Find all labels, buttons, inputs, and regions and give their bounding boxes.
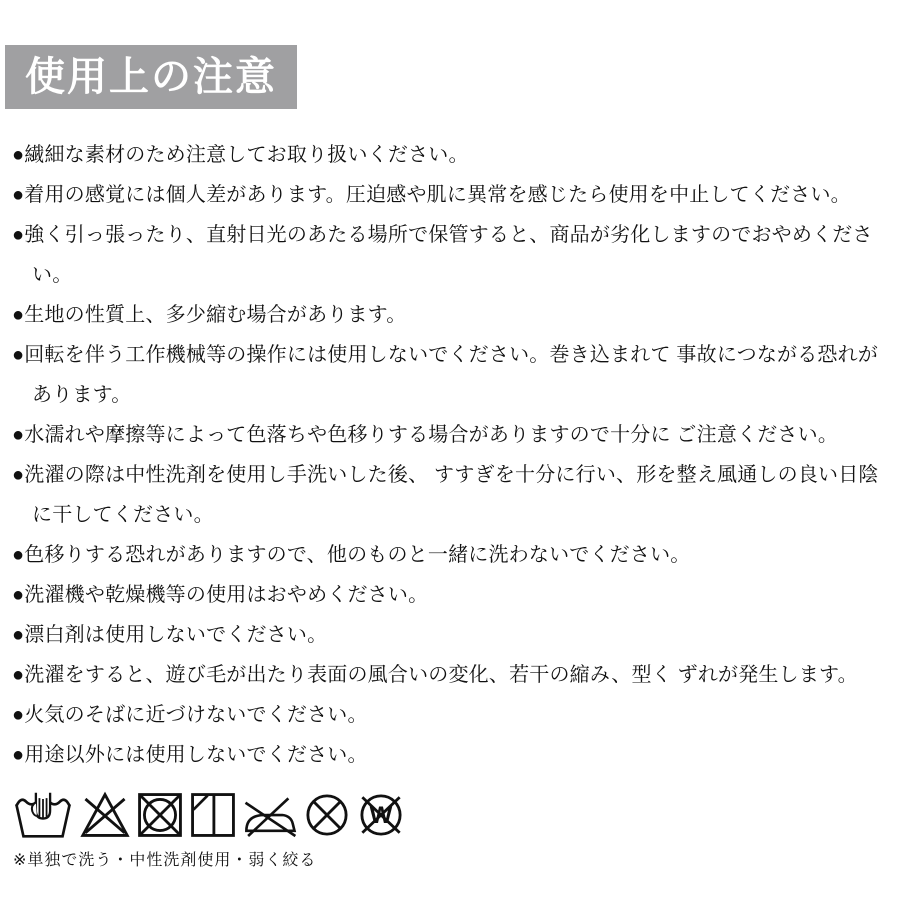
precaution-item: ●洗濯の際は中性洗剤を使用し手洗いした後、 すすぎを十分に行い、形を整え風通しの… <box>12 455 894 535</box>
precaution-item: ●回転を伴う工作機械等の操作には使用しないでください。巻き込まれて 事故につなが… <box>12 335 894 415</box>
hand-wash-icon <box>12 791 74 839</box>
precaution-item: ●生地の性質上、多少縮む場合があります。 <box>12 295 894 335</box>
do-not-tumble-dry-icon <box>136 791 184 839</box>
precaution-item: ●洗濯をすると、遊び毛が出たり表面の風合いの変化、若干の縮み、型く ずれが発生し… <box>12 655 894 695</box>
precaution-item: ●色移りする恐れがありますので、他のものと一緒に洗わないでください。 <box>12 535 894 575</box>
precaution-item: ●洗濯機や乾燥機等の使用はおやめください。 <box>12 575 894 615</box>
page-title: 使用上の注意 <box>5 45 297 109</box>
precaution-item: ●繊細な素材のため注意してお取り扱いください。 <box>12 135 894 175</box>
precaution-item: ●強く引っ張ったり、直射日光のあたる場所で保管すると、商品が劣化しますのでおやめ… <box>12 215 894 295</box>
do-not-iron-icon <box>242 791 298 839</box>
care-symbols-row: W <box>12 791 900 839</box>
precaution-item: ●漂白剤は使用しないでください。 <box>12 615 894 655</box>
precautions-list: ●繊細な素材のため注意してお取り扱いください。 ●着用の感覚には個人差があります… <box>0 135 900 775</box>
do-not-dry-clean-icon <box>303 791 351 839</box>
precaution-item: ●火気のそばに近づけないでください。 <box>12 695 894 735</box>
care-symbols-note: ※単独で洗う・中性洗剤使用・弱く絞る <box>13 847 900 870</box>
do-not-wet-clean-icon: W <box>356 791 406 839</box>
precaution-item: ●用途以外には使用しないでください。 <box>12 735 894 775</box>
line-dry-in-shade-icon <box>189 791 237 839</box>
precaution-item: ●水濡れや摩擦等によって色落ちや色移りする場合がありますので十分に ご注意くださ… <box>12 415 894 455</box>
do-not-bleach-icon <box>79 791 131 839</box>
precaution-item: ●着用の感覚には個人差があります。圧迫感や肌に異常を感じたら使用を中止してくださ… <box>12 175 894 215</box>
